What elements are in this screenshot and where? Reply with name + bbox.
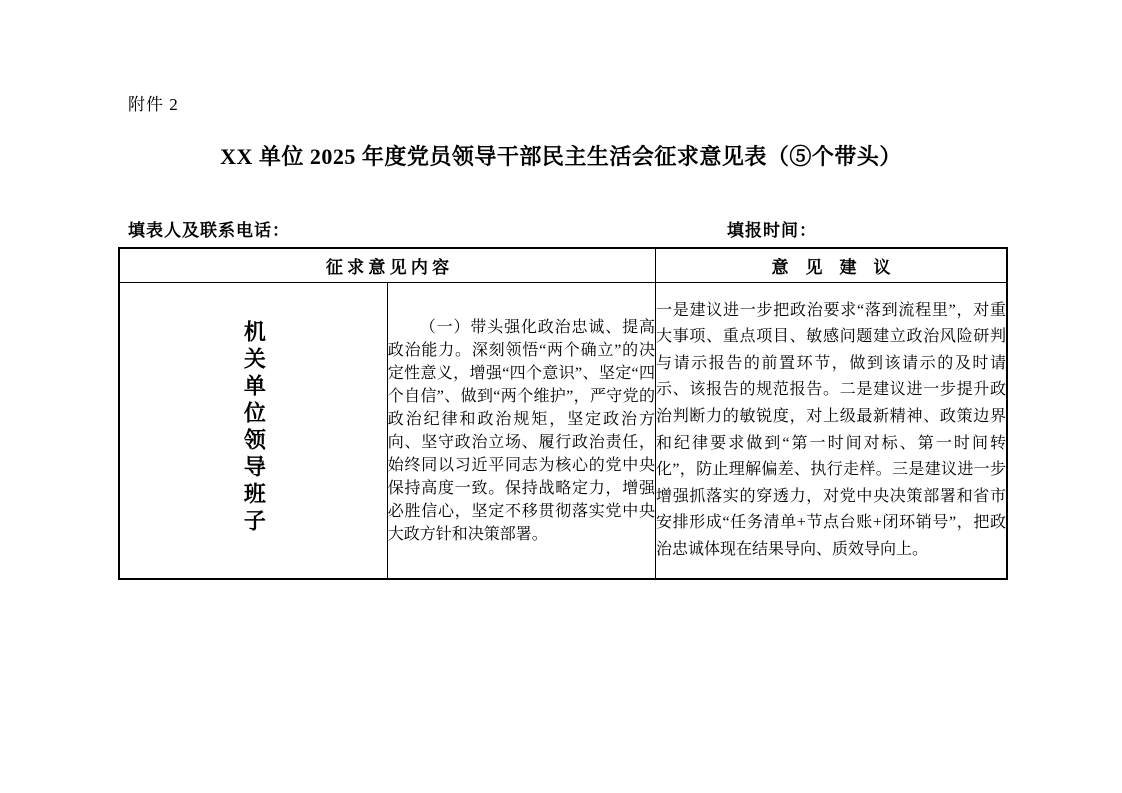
group-label: 机关单位领导班子 bbox=[242, 320, 264, 536]
suggestion-cell: 一是建议进一步把政治要求“落到流程里”，对重大事项、重点项目、敏感问题建立政治风… bbox=[656, 283, 1008, 580]
suggestion-paragraph: 一是建议进一步把政治要求“落到流程里”，对重大事项、重点项目、敏感问题建立政治风… bbox=[656, 298, 1006, 564]
content-cell: （一）带头强化政治忠诚、提高政治能力。深刻领悟“两个确立”的决定性意义，增强“四… bbox=[387, 283, 655, 580]
group-label-cell: 机关单位领导班子 bbox=[119, 283, 387, 580]
table-row: 机关单位领导班子 （一）带头强化政治忠诚、提高政治能力。深刻领悟“两个确立”的决… bbox=[119, 283, 1007, 580]
header-suggestion-column: 意 见 建 议 bbox=[656, 248, 1008, 283]
document-title: XX 单位 2025 年度党员领导干部民主生活会征求意见表（⑤个带头） bbox=[0, 140, 1122, 171]
table-header-row: 征 求 意 见 内 容 意 见 建 议 bbox=[119, 248, 1007, 283]
fill-time-label: 填报时间： bbox=[727, 216, 817, 241]
attachment-label: 附件 2 bbox=[128, 90, 179, 115]
header-content-column: 征 求 意 见 内 容 bbox=[119, 248, 656, 283]
opinion-table: 征 求 意 见 内 容 意 见 建 议 机关单位领导班子 （一）带头强化政治忠诚… bbox=[118, 247, 1008, 580]
content-paragraph: （一）带头强化政治忠诚、提高政治能力。深刻领悟“两个确立”的决定性意义，增强“四… bbox=[388, 316, 655, 546]
document-page: 附件 2 XX 单位 2025 年度党员领导干部民主生活会征求意见表（⑤个带头）… bbox=[0, 0, 1122, 793]
form-filler-label: 填表人及联系电话： bbox=[128, 216, 290, 241]
